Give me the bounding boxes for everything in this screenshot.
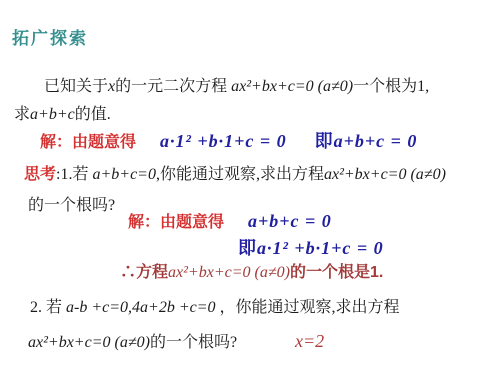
question-text: 的一个根吗? [150,334,237,351]
math-expression: a+b+c [30,106,75,123]
connective: 即 [315,131,334,151]
think-prompt-line1: 思考:1.若 a+b+c=0,你能通过观察,求出方程ax²+bx+c=0 (a≠… [24,164,446,186]
solution-label: 解：由题意得 [128,214,224,231]
problem-text: 的值. [75,106,111,123]
question-text: 2. 若 [30,299,66,316]
therefore-symbol: ∴方程 [120,264,168,281]
problem-statement-line2: 求a+b+c的值. [14,104,111,126]
math-equation: a+b+c = 0 [248,211,332,231]
math-expression: ax²+bx+c=0 (a≠0) [28,334,150,351]
math-expression: ax²+bx+c=0 (a≠0) [324,166,446,183]
math-expression: a+b+c=0 [92,166,156,183]
problem-text: 求 [14,106,30,123]
lesson-slide: 拓广探索 已知关于x的一元二次方程 ax²+bx+c=0 (a≠0)一个根为1,… [0,0,500,375]
solution-line2: 解：由题意得a+b+c = 0 [128,210,332,234]
prompt-text: ,你能通过观察,求出方程 [156,166,324,183]
think-label: 思考 [24,166,56,183]
problem-statement-line1: 已知关于x的一元二次方程 ax²+bx+c=0 (a≠0)一个根为1, [44,76,429,98]
connective: 即 [238,238,257,258]
math-equation: a+b+c = 0 [334,131,418,151]
problem-text: 的一元二次方程 [115,78,231,95]
think-prompt-line2: 的一个根吗? [28,195,115,217]
question2-line1: 2. 若 a-b +c=0,4a+2b +c=0 ，你能通过观察,求出方程 [30,297,400,319]
solution-label: 解：由题意得 [40,134,136,151]
math-expression: a-b +c=0,4a+2b +c=0 [66,299,216,316]
conclusion-line: ∴方程ax²+bx+c=0 (a≠0)的一个根是1. [120,262,383,284]
math-expression: ax²+bx+c=0 (a≠0) [231,78,353,95]
section-title: 拓广探索 [12,28,88,50]
question2-line2: ax²+bx+c=0 (a≠0)的一个根吗?x=2 [28,330,324,354]
conclusion-text: 的一个根是1. [290,264,383,281]
solution-line1: 解：由题意得a·1² +b·1+c = 0即a+b+c = 0 [40,130,417,154]
solution-line3: 即a·1² +b·1+c = 0 [238,237,384,261]
answer-value: x=2 [295,331,324,351]
math-equation: a·1² +b·1+c = 0 [160,131,287,151]
question-text: ，你能通过观察,求出方程 [216,299,400,316]
prompt-text: 的一个根吗? [28,197,115,214]
math-equation: a·1² +b·1+c = 0 [257,238,384,258]
prompt-text: :1.若 [56,166,92,183]
problem-text: 一个根为1, [353,78,429,95]
math-expression: ax²+bx+c=0 (a≠0) [168,264,290,281]
problem-text: 已知关于 [44,78,108,95]
